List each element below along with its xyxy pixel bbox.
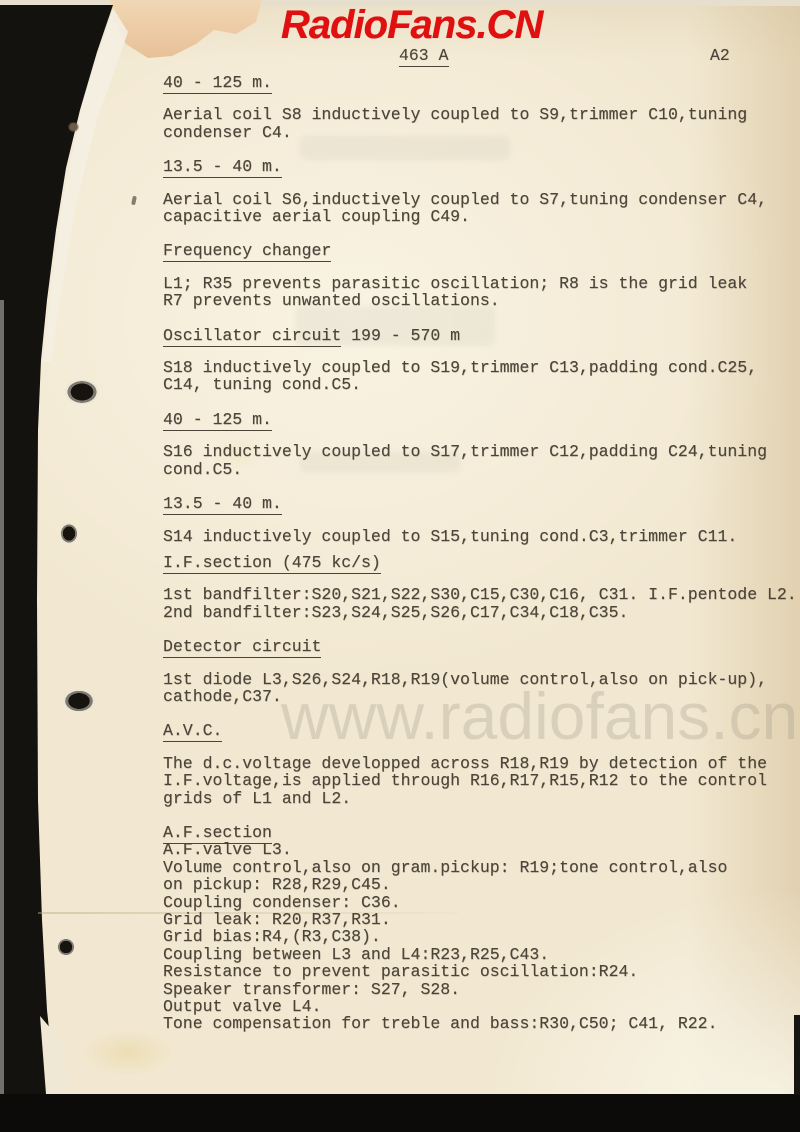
text-line: capacitive aerial coupling C49.: [163, 208, 800, 225]
heading-underlined-text: 40 - 125 m.: [163, 410, 272, 431]
text-line: cond.C5.: [163, 461, 800, 478]
punch-hole: [62, 377, 102, 407]
text-line: Speaker transformer: S27, S28.: [163, 981, 800, 998]
document-content: 40 - 125 m.Aerial coil S8 inductively co…: [163, 74, 800, 1050]
text-line: L1; R35 prevents parasitic oscillation; …: [163, 275, 800, 292]
text-line: Aerial coil S6,inductively coupled to S7…: [163, 191, 800, 208]
section-heading: A.V.C.: [163, 722, 800, 739]
paragraph: S14 inductively coupled to S15,tuning co…: [163, 528, 800, 545]
text-line: Output valve L4.: [163, 998, 800, 1015]
radiofans-logo: RadioFans.CN: [281, 3, 542, 48]
text-line: Volume control,also on gram.pickup: R19;…: [163, 859, 800, 876]
text-line: grids of L1 and L2.: [163, 790, 800, 807]
page-number: A2: [710, 46, 730, 65]
text-line: The d.c.voltage developped across R18,R1…: [163, 755, 800, 772]
paragraph: Aerial coil S6,inductively coupled to S7…: [163, 191, 800, 226]
text-line: C14, tuning cond.C5.: [163, 376, 800, 393]
paragraph: Aerial coil S8 inductively coupled to S9…: [163, 106, 800, 141]
scan-edge-highlight: [0, 300, 4, 1094]
paragraph: The d.c.voltage developped across R18,R1…: [163, 755, 800, 807]
text-line: A.F.valve L3.: [163, 841, 800, 858]
section-heading: Oscillator circuit 199 - 570 m: [163, 327, 800, 344]
text-line: Grid leak: R20,R37,R31.: [163, 911, 800, 928]
paragraph: S18 inductively coupled to S19,trimmer C…: [163, 359, 800, 394]
text-line: 2nd bandfilter:S23,S24,S25,S26,C17,C34,C…: [163, 604, 800, 621]
text-line: I.F.voltage,is applied through R16,R17,R…: [163, 772, 800, 789]
text-line: Coupling between L3 and L4:R23,R25,C43.: [163, 946, 800, 963]
section-heading: 13.5 - 40 m.: [163, 495, 800, 512]
scan-border-bottom: [0, 1094, 800, 1132]
text-line: Resistance to prevent parasitic oscillat…: [163, 963, 800, 980]
text-line: S18 inductively coupled to S19,trimmer C…: [163, 359, 800, 376]
heading-underlined-text: 40 - 125 m.: [163, 73, 272, 94]
heading-underlined-text: 13.5 - 40 m.: [163, 494, 282, 515]
text-line: Coupling condenser: C36.: [163, 894, 800, 911]
paper-stain: [67, 121, 80, 133]
text-line: Tone compensation for treble and bass:R3…: [163, 1015, 800, 1032]
section-heading: 40 - 125 m.: [163, 411, 800, 428]
document-number: 463 A: [399, 46, 449, 67]
text-line: R7 prevents unwanted oscillations.: [163, 292, 800, 309]
heading-underlined-text: Frequency changer: [163, 241, 331, 262]
section-heading: A.F.section: [163, 824, 800, 841]
text-line: Grid bias:R4,(R3,C38).: [163, 928, 800, 945]
section-heading: I.F.section (475 kc/s): [163, 554, 800, 571]
ink-speck: [131, 196, 137, 206]
text-line: S16 inductively coupled to S17,trimmer C…: [163, 443, 800, 460]
heading-underlined-text: Detector circuit: [163, 637, 321, 658]
scanned-page: www.radiofans.cn RadioFans.CN 463 A A2 4…: [0, 0, 800, 1132]
heading-underlined-text: Oscillator circuit: [163, 326, 341, 347]
punch-hole: [58, 521, 80, 546]
text-line: Aerial coil S8 inductively coupled to S9…: [163, 106, 800, 123]
text-line: 1st diode L3,S26,S24,R18,R19(volume cont…: [163, 671, 800, 688]
section-heading: 40 - 125 m.: [163, 74, 800, 91]
section-heading: Frequency changer: [163, 242, 800, 259]
paragraph: S16 inductively coupled to S17,trimmer C…: [163, 443, 800, 478]
paragraph: 1st diode L3,S26,S24,R18,R19(volume cont…: [163, 671, 800, 706]
heading-underlined-text: A.V.C.: [163, 721, 222, 742]
text-line: 1st bandfilter:S20,S21,S22,S30,C15,C30,C…: [163, 586, 800, 603]
text-line: S14 inductively coupled to S15,tuning co…: [163, 528, 800, 545]
heading-underlined-text: 13.5 - 40 m.: [163, 157, 282, 178]
text-line: on pickup: R28,R29,C45.: [163, 876, 800, 893]
punch-hole: [55, 936, 77, 958]
text-line: cathode,C37.: [163, 688, 800, 705]
text-line: condenser C4.: [163, 124, 800, 141]
paragraph: A.F.valve L3.Volume control,also on gram…: [163, 841, 800, 1032]
heading-plain-text: 199 - 570 m: [341, 326, 460, 345]
punch-hole: [60, 687, 98, 715]
paragraph: L1; R35 prevents parasitic oscillation; …: [163, 275, 800, 310]
heading-underlined-text: I.F.section (475 kc/s): [163, 553, 381, 574]
section-heading: Detector circuit: [163, 638, 800, 655]
paragraph: 1st bandfilter:S20,S21,S22,S30,C15,C30,C…: [163, 586, 800, 621]
section-heading: 13.5 - 40 m.: [163, 158, 800, 175]
